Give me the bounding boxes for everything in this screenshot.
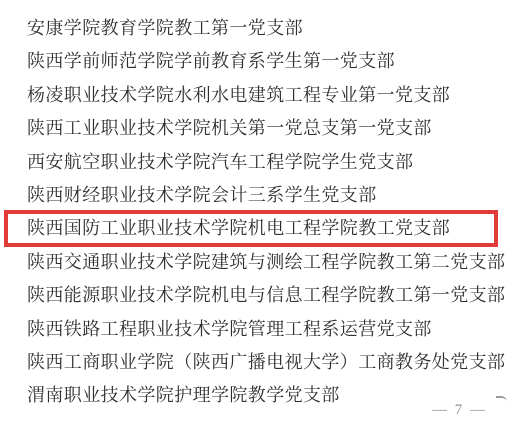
list-item: 陕西能源职业技术学院机电与信息工程学院教工第一党支部 (27, 279, 512, 312)
branch-list: 安康学院教育学院教工第一党支部 陕西学前师范学院学前教育系学生第一党支部 杨凌职… (27, 12, 512, 413)
branch-name: 陕西工商职业学院（陕西广播电视大学）工商教务处党支部 (27, 352, 505, 372)
list-item: 陕西工业职业技术学院机关第一党总支第一党支部 (27, 112, 512, 145)
list-item-highlighted: 陕西国防工业职业技术学院机电工程学院教工党支部 (27, 212, 512, 245)
branch-name: 陕西学前师范学院学前教育系学生第一党支部 (27, 51, 395, 71)
list-item: 陕西学前师范学院学前教育系学生第一党支部 (27, 45, 512, 78)
branch-name: 陕西工业职业技术学院机关第一党总支第一党支部 (27, 118, 432, 138)
page-number: — 7 — (432, 402, 487, 419)
branch-name: 陕西交通职业技术学院建筑与测绘工程学院教工第二党支部 (27, 252, 505, 272)
page-curl-mark (496, 396, 507, 405)
branch-name: 西安航空职业技术学院汽车工程学院学生党支部 (27, 152, 413, 172)
list-item: 陕西财经职业技术学院会计三系学生党支部 (27, 179, 512, 212)
list-item: 陕西工商职业学院（陕西广播电视大学）工商教务处党支部 (27, 346, 512, 379)
document-page: 安康学院教育学院教工第一党支部 陕西学前师范学院学前教育系学生第一党支部 杨凌职… (0, 0, 512, 444)
branch-name: 陕西铁路工程职业技术学院管理工程系运营党支部 (27, 319, 432, 339)
branch-name: 杨凌职业技术学院水利水电建筑工程专业第一党支部 (27, 85, 450, 105)
branch-name: 陕西能源职业技术学院机电与信息工程学院教工第一党支部 (27, 285, 505, 305)
list-item: 杨凌职业技术学院水利水电建筑工程专业第一党支部 (27, 79, 512, 112)
branch-name: 安康学院教育学院教工第一党支部 (27, 18, 303, 38)
list-item: 陕西铁路工程职业技术学院管理工程系运营党支部 (27, 313, 512, 346)
list-item: 西安航空职业技术学院汽车工程学院学生党支部 (27, 146, 512, 179)
list-item: 安康学院教育学院教工第一党支部 (27, 12, 512, 45)
branch-name: 陕西国防工业职业技术学院机电工程学院教工党支部 (27, 218, 450, 238)
list-item: 陕西交通职业技术学院建筑与测绘工程学院教工第二党支部 (27, 246, 512, 279)
branch-name: 陕西财经职业技术学院会计三系学生党支部 (27, 185, 377, 205)
branch-name: 渭南职业技术学院护理学院教学党支部 (27, 385, 340, 405)
